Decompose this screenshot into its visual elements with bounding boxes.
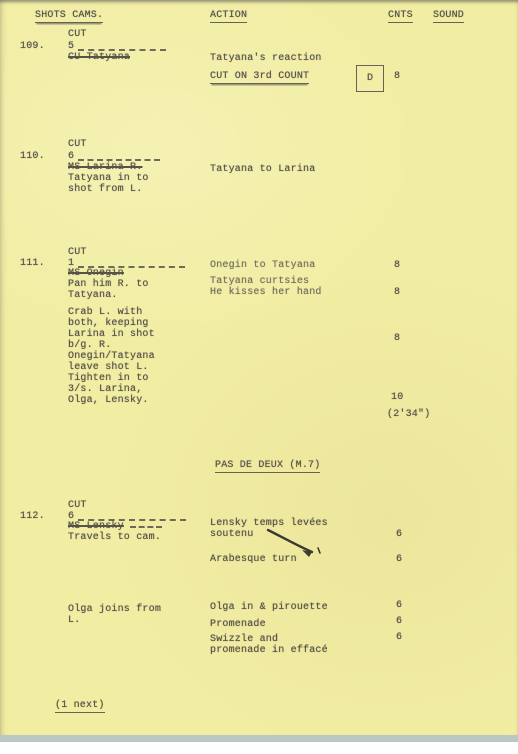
shot109-number: 109. <box>20 41 45 52</box>
shot110-number: 110. <box>20 151 45 162</box>
shot111-duration: (2'34") <box>387 409 430 420</box>
shot112-desc-2: Olga joins from <box>68 604 161 615</box>
header-sound: SOUND <box>433 10 464 23</box>
shot111-action-1: Onegin to Tatyana <box>210 260 315 271</box>
shot110-cut: CUT <box>68 139 87 150</box>
shot110-action-1: Tatyana to Larina <box>210 164 315 175</box>
shot112-action-5: Promenade <box>210 619 266 630</box>
shot112-count-2: 6 <box>396 554 402 565</box>
shot111-action-3: He kisses her hand <box>210 287 322 298</box>
shot112-action-4: Olga in & pirouette <box>210 602 328 613</box>
shot112-desc-1: Travels to cam. <box>68 532 161 543</box>
shot111-desc-1: Pan him R. to <box>68 279 149 290</box>
header-action: ACTION <box>210 10 247 23</box>
shot112-number: 112. <box>20 511 45 522</box>
paper-bottom-edge <box>0 735 518 742</box>
scanned-camera-script-page: SHOTS CAMS. ACTION CNTS SOUND CUT 109. 5… <box>0 0 518 754</box>
shot111-count-3: 8 <box>394 333 400 344</box>
shot109-count-1: 8 <box>394 71 400 82</box>
shot110-shot-desc: MS Larina R. <box>68 162 142 173</box>
shot109-action-2: CUT ON 3rd COUNT <box>210 71 309 84</box>
shot111-desc-10: 3/s. Larina, <box>68 384 142 395</box>
shot112-count-4: 6 <box>396 616 402 627</box>
typed-dash-line <box>130 526 162 528</box>
header-shots-cams: SHOTS CAMS. <box>35 10 103 23</box>
typed-dash-line <box>78 49 166 51</box>
scan-background <box>0 742 518 754</box>
section-title: PAS DE DEUX (M.7) <box>215 460 320 473</box>
shot110-desc-2: shot from L. <box>68 184 142 195</box>
shot112-action-2: soutenu <box>210 529 253 540</box>
shot111-number: 111. <box>20 258 45 269</box>
shot111-desc-8: leave shot L. <box>68 362 149 373</box>
shot112-action-6: Swizzle and <box>210 634 278 645</box>
shot111-count-2: 8 <box>394 287 400 298</box>
shot110-desc-1: Tatyana in to <box>68 173 149 184</box>
shot111-desc-6: b/g. R. <box>68 340 111 351</box>
shot109-cut: CUT <box>68 29 87 40</box>
header-cnts: CNTS <box>388 10 413 23</box>
shot111-cut: CUT <box>68 247 87 258</box>
shot109-shot-desc: CU Tatyana <box>68 52 130 63</box>
shot111-desc-9: Tighten in to <box>68 373 149 384</box>
shot112-count-3: 6 <box>396 600 402 611</box>
shot111-count-1: 8 <box>394 260 400 271</box>
shot111-desc-3: Crab L. with <box>68 307 142 318</box>
shot110-camera: 6 <box>68 151 74 162</box>
shot112-cut: CUT <box>68 500 87 511</box>
shot112-count-1: 6 <box>396 529 402 540</box>
handwritten-arrow <box>262 524 332 564</box>
shot111-desc-4: both, keeping <box>68 318 149 329</box>
shot112-action-7: promenade in effacé <box>210 645 328 656</box>
typed-dash-line <box>78 159 160 161</box>
shot109-action-1: Tatyana's reaction <box>210 53 322 64</box>
shot112-shot-desc: MS Lensky <box>68 521 124 532</box>
shot111-desc-5: Larina in shot <box>68 329 155 340</box>
shot111-action-2: Tatyana curtsies <box>210 276 309 287</box>
shot111-desc-7: Onegin/Tatyana <box>68 351 155 362</box>
shot112-desc-3: L. <box>68 615 80 626</box>
shot109-camera: 5 <box>68 41 74 52</box>
shot111-desc-2: Tatyana. <box>68 290 118 301</box>
shot111-shot-desc: MS Onegin <box>68 268 124 279</box>
shot111-desc-11: Olga, Lensky. <box>68 395 149 406</box>
shot111-count-4: 10 <box>391 392 403 403</box>
shot112-count-5: 6 <box>396 632 402 643</box>
footer-next-note: (1 next) <box>55 700 105 713</box>
sound-cue-box: D <box>356 65 384 92</box>
